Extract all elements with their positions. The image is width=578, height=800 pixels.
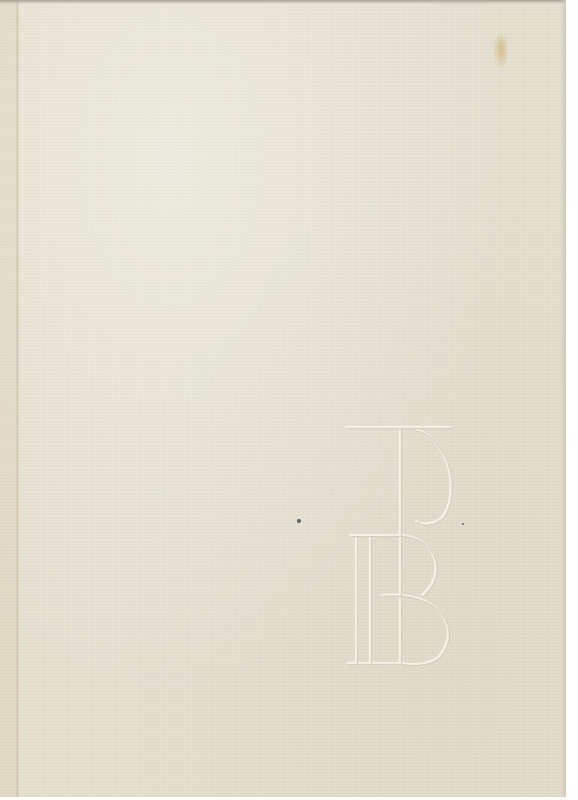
speck-mark	[297, 519, 301, 523]
speck-mark	[462, 523, 464, 525]
stain-mark	[493, 30, 509, 70]
embossed-monogram-icon	[342, 425, 462, 670]
book-cover	[0, 0, 566, 797]
spine-hinge-groove	[16, 0, 20, 797]
top-edge-shadow	[0, 0, 566, 4]
right-edge	[560, 0, 566, 797]
